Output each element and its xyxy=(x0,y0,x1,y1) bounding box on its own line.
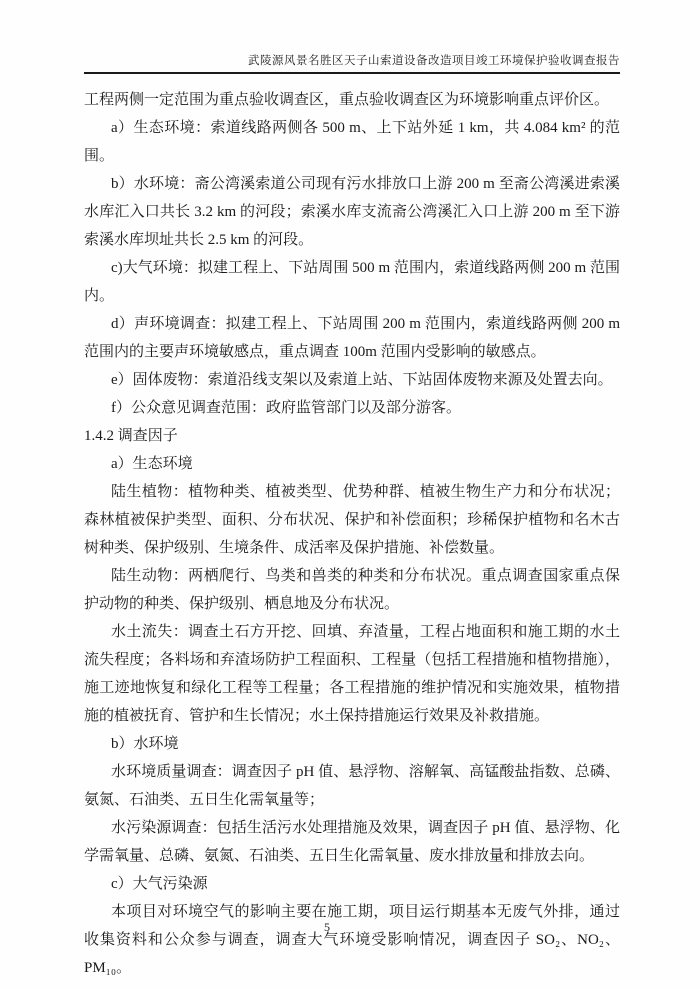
paragraph: b）水环境：斋公湾溪索道公司现有污水排放口上游 200 m 至斋公湾溪进索溪水库… xyxy=(84,170,620,254)
paragraph: c)大气环境：拟建工程上、下站周围 500 m 范围内，索道线路两侧 200 m… xyxy=(84,254,620,310)
page-header: 武陵源风景名胜区天子山索道设备改造项目竣工环境保护验收调查报告 xyxy=(84,54,620,74)
section-heading: 1.4.2 调查因子 xyxy=(84,422,620,450)
paragraph: a）生态环境 xyxy=(84,450,620,478)
page-footer: 5 xyxy=(0,920,654,935)
paragraph: 工程两侧一定范围为重点验收调查区，重点验收调查区为环境影响重点评价区。 xyxy=(84,86,620,114)
paragraph: 本项目对环境空气的影响主要在施工期，项目运行期基本无废气外排，通过收集资料和公众… xyxy=(84,898,620,982)
paragraph: 水土流失：调查土石方开挖、回填、弃渣量，工程占地面积和施工期的水土流失程度；各料… xyxy=(84,618,620,730)
paragraph: e）固体废物：索道沿线支架以及索道上站、下站固体废物来源及处置去向。 xyxy=(84,366,620,394)
document-page: 武陵源风景名胜区天子山索道设备改造项目竣工环境保护验收调查报告 工程两侧一定范围… xyxy=(0,0,700,990)
paragraph: 陆生动物：两栖爬行、鸟类和兽类的种类和分布状况。重点调查国家重点保护动物的种类、… xyxy=(84,562,620,618)
paragraph: 陆生植物：植物种类、植被类型、优势种群、植被生物生产力和分布状况；森林植被保护类… xyxy=(84,478,620,562)
paragraph: a）生态环境：索道线路两侧各 500 m、上下站外延 1 km，共 4.084 … xyxy=(84,114,620,170)
paragraph: f）公众意见调查范围：政府监管部门以及部分游客。 xyxy=(84,394,620,422)
running-title: 武陵源风景名胜区天子山索道设备改造项目竣工环境保护验收调查报告 xyxy=(248,55,620,67)
paragraph: 水环境质量调查：调查因子 pH 值、悬浮物、溶解氧、高锰酸盐指数、总磷、氨氮、石… xyxy=(84,758,620,814)
paragraph: b）水环境 xyxy=(84,730,620,758)
paragraph: c）大气污染源 xyxy=(84,870,620,898)
paragraph: d）声环境调查：拟建工程上、下站周围 200 m 范围内，索道线路两侧 200 … xyxy=(84,310,620,366)
page-number: 5 xyxy=(324,920,330,934)
document-body: 工程两侧一定范围为重点验收调查区，重点验收调查区为环境影响重点评价区。a）生态环… xyxy=(84,86,620,982)
paragraph: 水污染源调查：包括生活污水处理措施及效果，调查因子 pH 值、悬浮物、化学需氧量… xyxy=(84,814,620,870)
